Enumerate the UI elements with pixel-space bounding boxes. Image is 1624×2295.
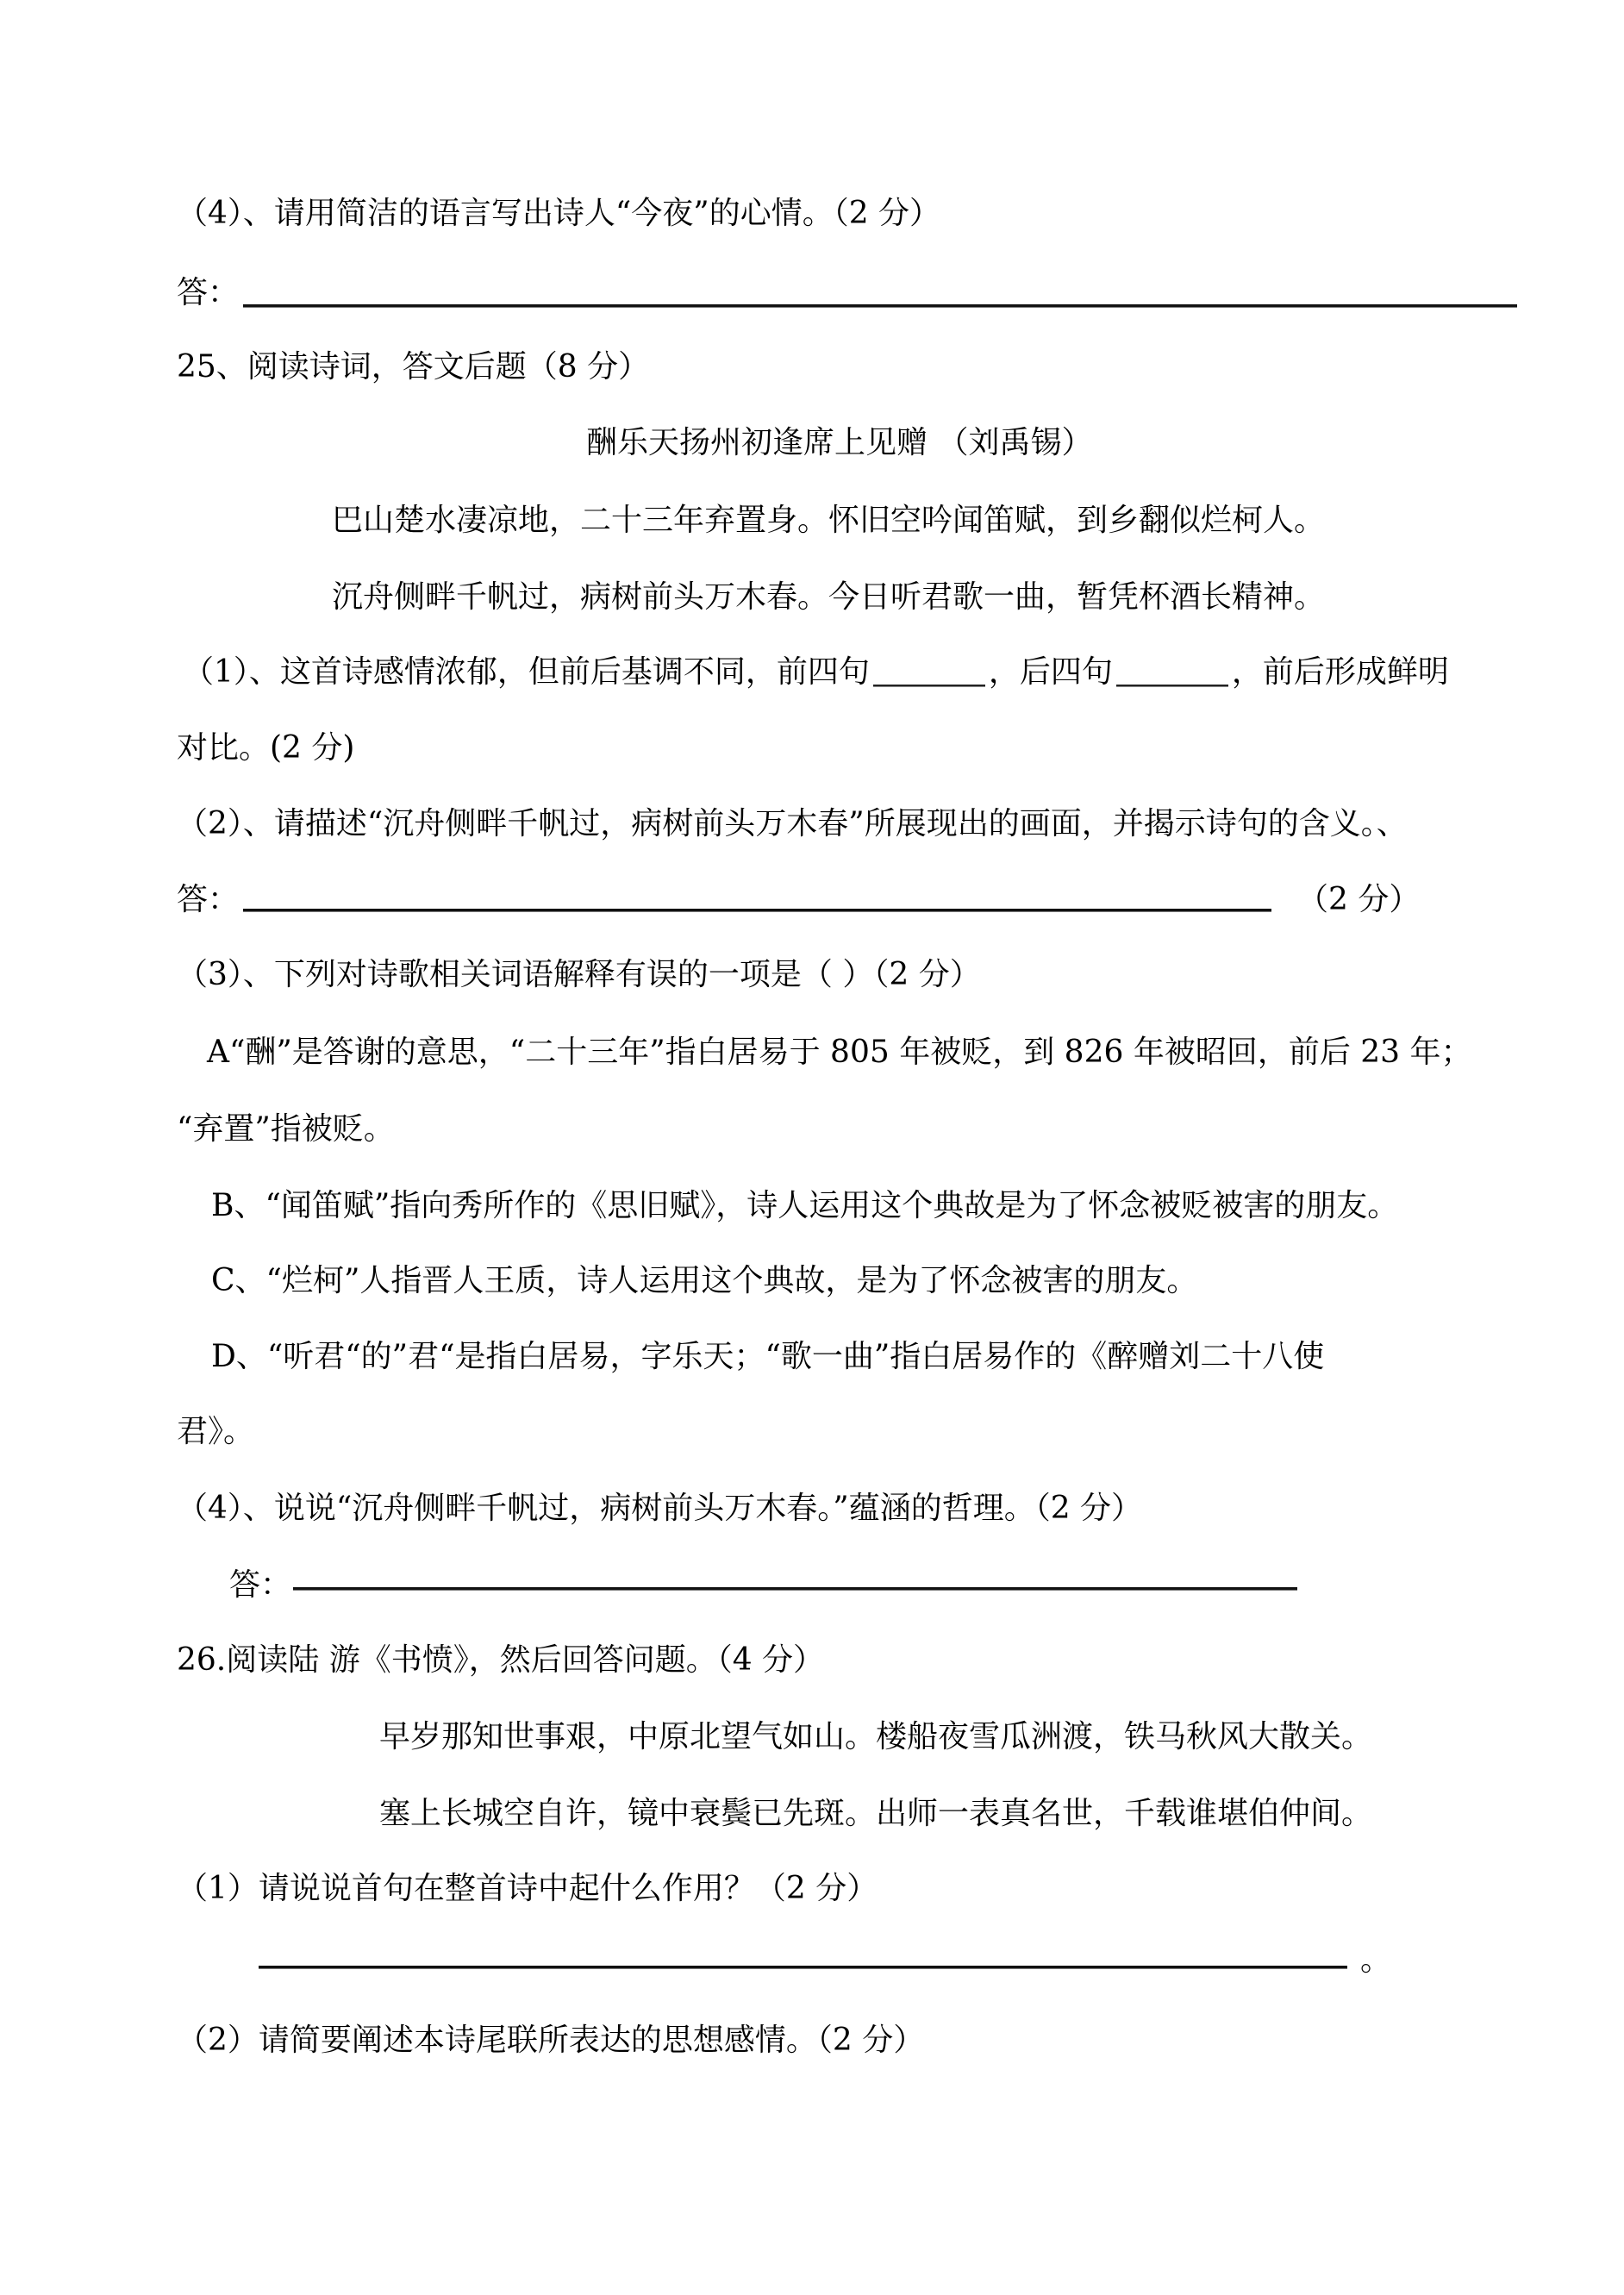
q25-sub2-answer-line[interactable] (243, 909, 1271, 912)
q25-heading: 25、阅读诗词，答文后题（8 分） (177, 348, 649, 386)
q25-sub3-question: （3）、下列对诗歌相关词语解释有误的一项是（ ）（2 分） (177, 956, 981, 994)
q26-heading: 26.阅读陆 游《书愤》，然后回答问题。（4 分） (177, 1642, 824, 1679)
q24-answer-label: 答： (177, 274, 239, 312)
q25-sub1-part2: ，后四句 (989, 654, 1113, 690)
q24-answer-line[interactable] (243, 304, 1517, 308)
q25-poem-line-2: 沉舟侧畔千帆过，病树前头万木春。今日听君歌一曲，暂凭杯酒长精神。 (332, 578, 1325, 616)
q25-sub4-question: （4）、说说“沉舟侧畔千帆过，病树前头万木春。”蕴涵的哲理。（2 分） (177, 1490, 1142, 1528)
q25-sub3-option-a: A“酬”是答谢的意思，“二十三年”指白居易于 805 年被贬，到 826 年被昭… (207, 1034, 1472, 1072)
q25-sub1-blank-1[interactable] (873, 685, 985, 687)
q25-sub2-answer-label: 答： (177, 881, 239, 919)
q26-sub1-end-mark: 。 (1360, 1942, 1391, 1979)
q25-sub1-part3: ，前后形成鲜明 (1232, 654, 1449, 690)
q25-sub3-option-a-cont: “弃置”指被贬。 (177, 1110, 395, 1148)
q26-poem-line-1: 早岁那知世事艰，中原北望气如山。楼船夜雪瓜洲渡，铁马秋风大散关。 (379, 1718, 1372, 1756)
q25-sub1-question: （1）、这首诗感情浓郁，但前后基调不同，前四句，后四句，前后形成鲜明 (183, 653, 1449, 691)
q26-poem-line-2: 塞上长城空自许，镜中衰鬓已先斑。出师一表真名世，千载谁堪伯仲间。 (379, 1795, 1372, 1833)
q25-sub1-blank-2[interactable] (1116, 685, 1228, 687)
q24-sub4-question: （4）、请用简洁的语言写出诗人“今夜”的心情。（2 分） (177, 195, 940, 233)
q25-sub4-answer-line[interactable] (293, 1587, 1297, 1591)
q25-sub3-option-d-cont: 君》。 (177, 1413, 254, 1451)
q25-sub1-continuation: 对比。(2 分) (177, 729, 354, 767)
q25-sub2-score: （2 分） (1297, 881, 1420, 919)
q25-sub3-option-c: C、“烂柯”人指晋人王质，诗人运用这个典故，是为了怀念被害的朋友。 (211, 1262, 1197, 1300)
q25-sub3-option-d: D、“听君“的”君“是指白居易，字乐天；“歌一曲”指白居易作的《醉赠刘二十八使 (211, 1338, 1324, 1376)
q26-sub1-question: （1）请说说首句在整首诗中起什么作用？（2 分） (177, 1870, 878, 1908)
q26-sub2-question: （2）请简要阐述本诗尾联所表达的思想感情。（2 分） (177, 2022, 924, 2060)
q25-sub1-part1: （1）、这首诗感情浓郁，但前后基调不同，前四句 (183, 654, 870, 690)
q25-sub4-answer-label: 答： (229, 1566, 291, 1604)
q26-sub1-answer-line[interactable] (259, 1966, 1347, 1969)
q25-poem-title: 酬乐天扬州初逢席上见赠 （刘禹锡） (586, 424, 1092, 462)
q25-poem-line-1: 巴山楚水凄凉地，二十三年弃置身。怀旧空吟闻笛赋，到乡翻似烂柯人。 (332, 502, 1325, 540)
q25-sub2-question: （2）、请描述“沉舟侧畔千帆过，病树前头万木春”所展现出的画面，并揭示诗句的含义… (177, 805, 1408, 843)
q25-sub3-option-b: B、“闻笛赋”指向秀所作的《思旧赋》，诗人运用这个典故是为了怀念被贬被害的朋友。 (211, 1187, 1398, 1225)
